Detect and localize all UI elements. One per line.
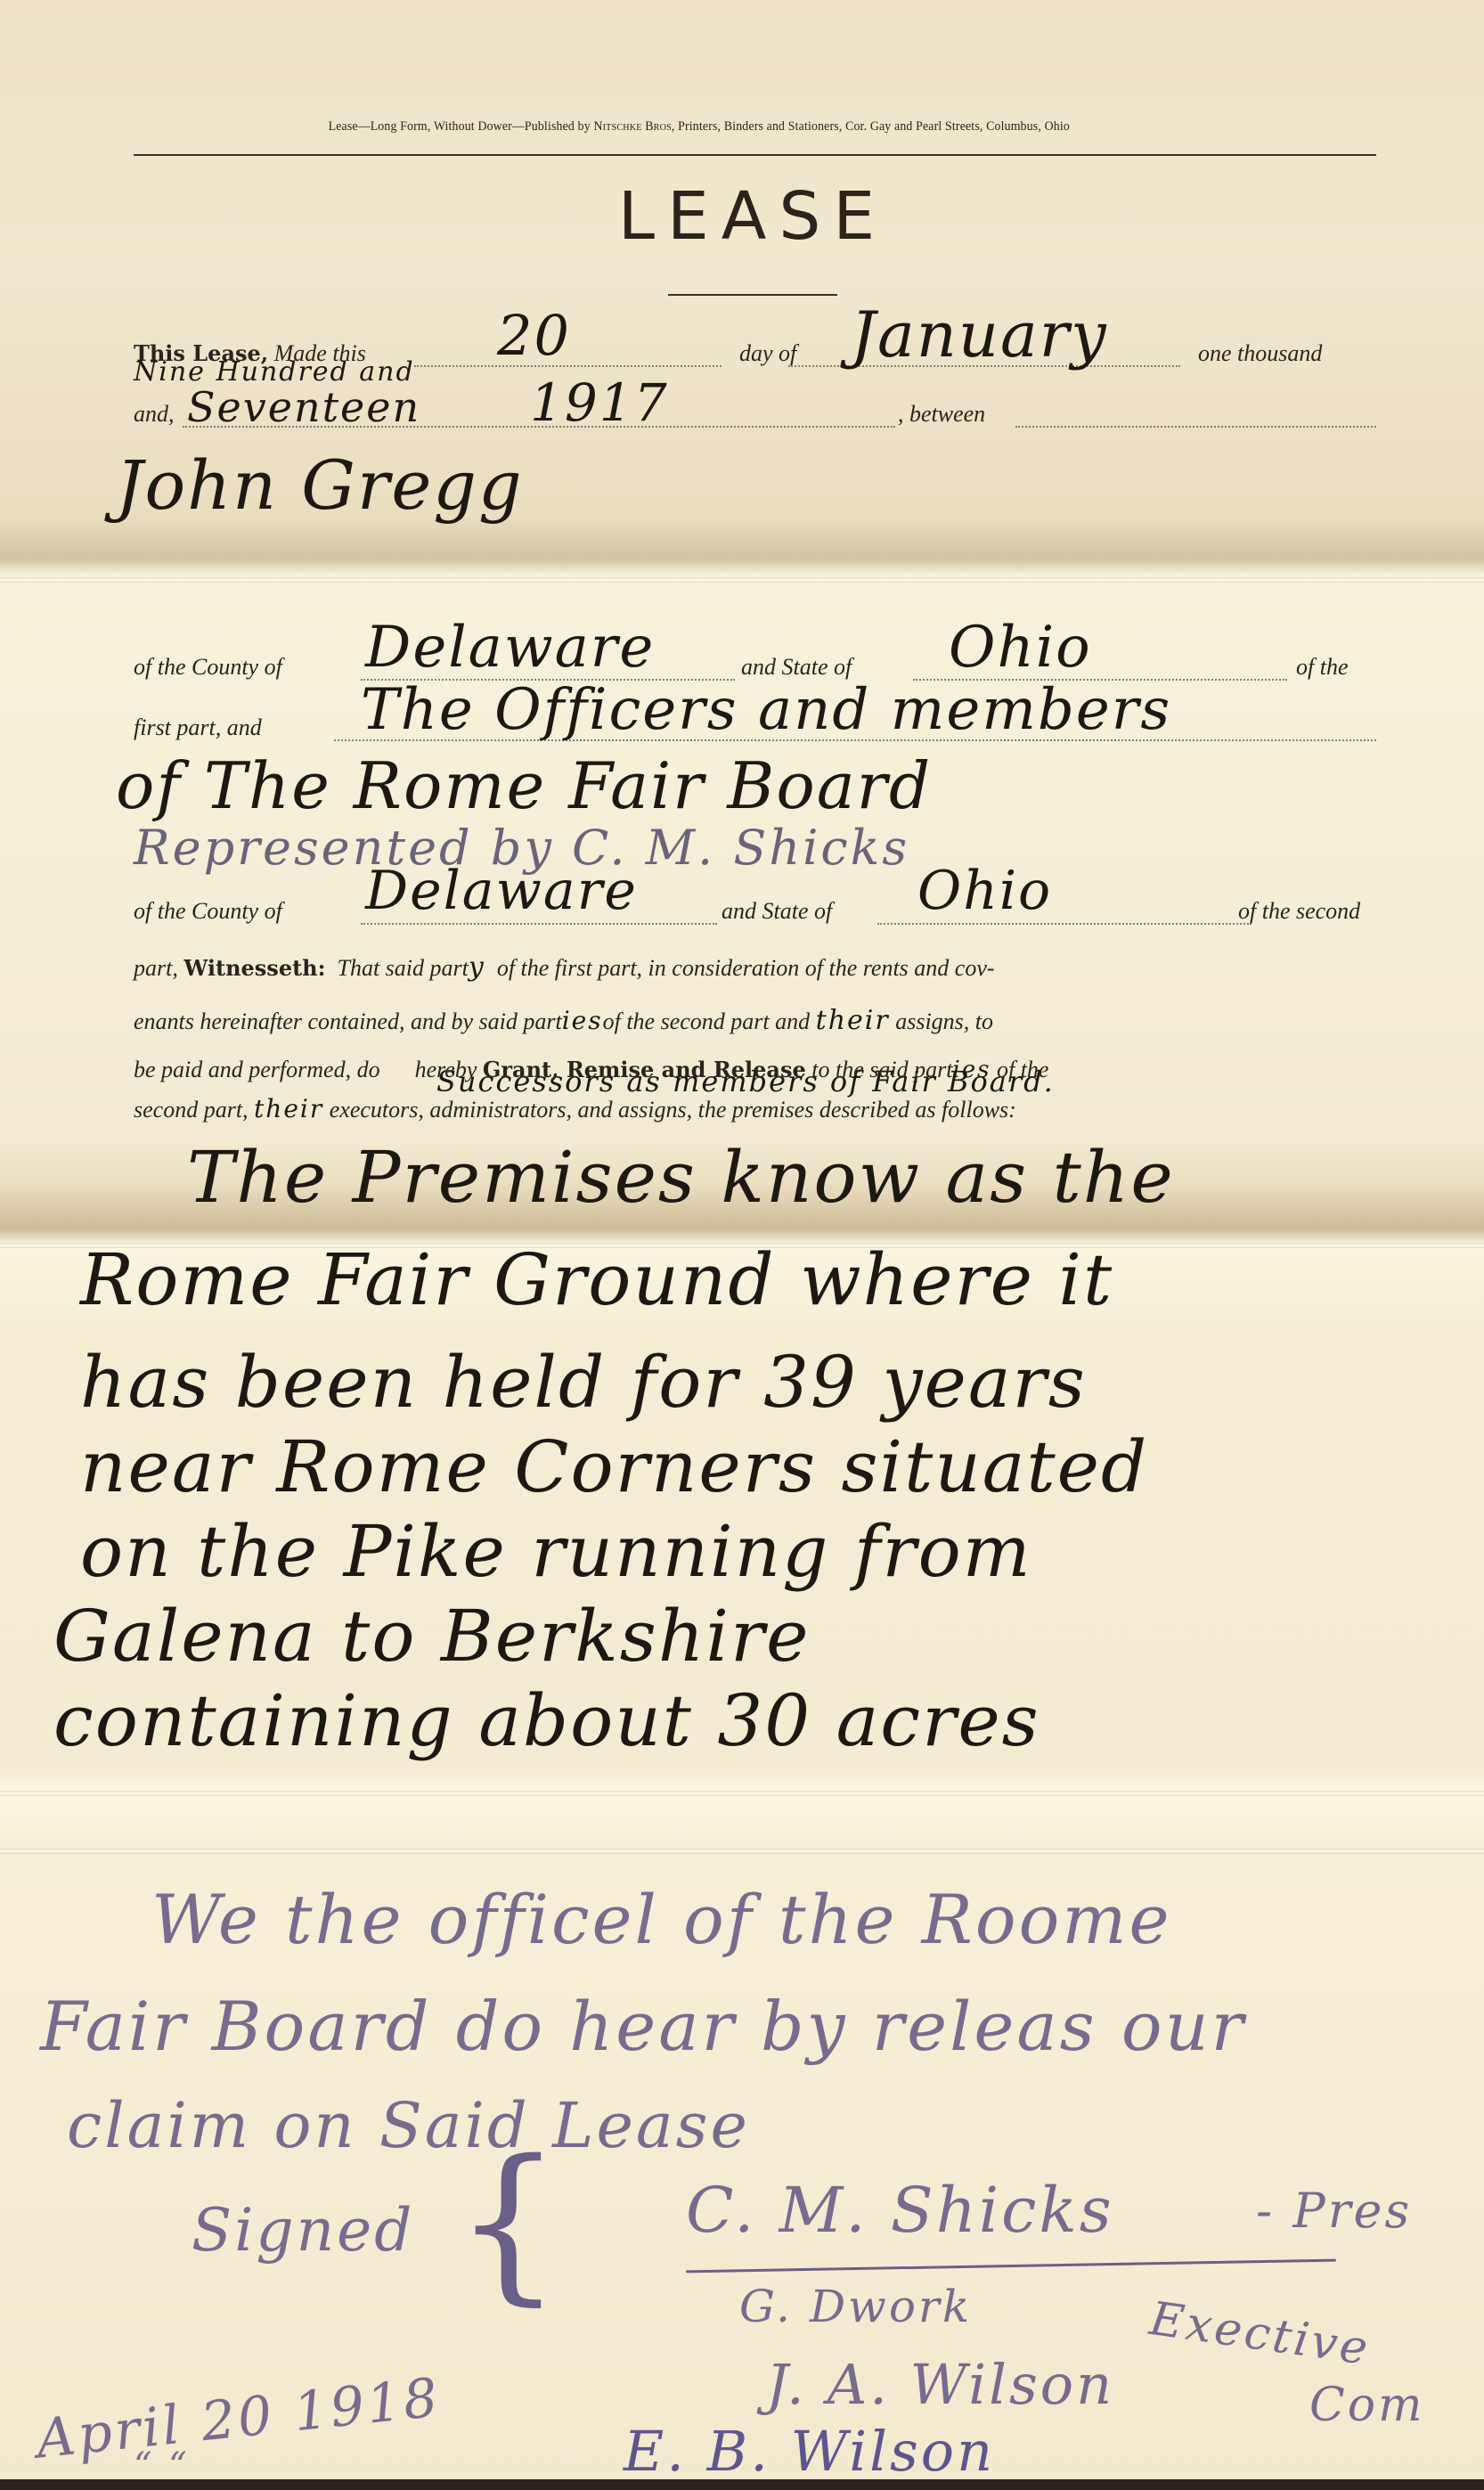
- first-party-name: John Gregg: [116, 445, 524, 525]
- second-party-entry: The Officers and members: [361, 677, 1171, 743]
- state-entry: Ohio: [917, 860, 1052, 922]
- form-line-8: part, Witnesseth: That said party of the…: [134, 951, 995, 983]
- premises-line: The Premises know as the: [187, 1136, 1175, 1219]
- their-fill: their: [254, 1094, 323, 1123]
- fill-line: [877, 923, 1252, 925]
- signature: G. Dwork: [739, 2281, 972, 2332]
- document-title: LEASE: [530, 178, 975, 255]
- premises-line: containing about 30 acres: [53, 1679, 1040, 1762]
- printed-text: of the County of: [134, 898, 282, 925]
- fill-line: [1015, 426, 1376, 428]
- header-rule: [134, 154, 1376, 156]
- party-fill: ies: [952, 1057, 991, 1083]
- signature: J. A. Wilson: [766, 2352, 1114, 2417]
- page-bottom-edge: [0, 2479, 1484, 2490]
- signature: E. B. Wilson: [624, 2419, 995, 2484]
- signature-brace: {: [454, 2138, 562, 2307]
- signed-label: Signed: [192, 2196, 414, 2265]
- fold-line: [0, 1791, 1484, 1796]
- form-line-11: second part, their executors, administra…: [134, 1094, 1016, 1123]
- their-fill: their: [816, 1005, 890, 1036]
- printed-text: of the County of: [134, 654, 282, 681]
- premises-line: on the Pike running from: [80, 1510, 1032, 1593]
- premises-line: near Rome Corners situated: [80, 1425, 1148, 1508]
- publisher-name: Nitschke Bros: [593, 119, 671, 134]
- printed-text: one thousand: [1198, 340, 1322, 367]
- party-fill: y: [469, 951, 485, 983]
- printed-text: assigns, to: [895, 1008, 993, 1034]
- premises-line: Rome Fair Ground where it: [80, 1238, 1113, 1321]
- state-entry: Ohio: [949, 615, 1092, 681]
- year-words-entry: Seventeen: [187, 383, 420, 431]
- second-party-entry-continued: of The Rome Fair Board: [116, 748, 932, 823]
- month-entry: January: [851, 298, 1108, 371]
- printed-text: to the said part: [811, 1057, 952, 1082]
- printed-text: of the: [1296, 654, 1349, 681]
- fold-line: [0, 1849, 1484, 1854]
- county-entry: Delaware: [365, 615, 655, 681]
- printed-text: executors, administrators, and assigns, …: [330, 1097, 1016, 1123]
- printed-witness: Witnesseth:: [183, 955, 325, 981]
- publisher-line: Lease—Long Form, Without Dower—Published…: [134, 119, 1265, 135]
- premises-line: has been held for 39 years: [80, 1341, 1087, 1424]
- form-line-9: enants hereinafter contained, and by sai…: [134, 1005, 993, 1036]
- signature: C. M. Shicks: [686, 2174, 1114, 2247]
- release-line: We the officel of the Roome: [151, 1880, 1171, 1959]
- printed-text: of the second: [1238, 898, 1360, 925]
- fold-line: [0, 577, 1484, 583]
- printed-text: second part,: [134, 1097, 249, 1123]
- signature-title: - Pres: [1256, 2183, 1412, 2239]
- day-entry: 20: [497, 303, 571, 368]
- premises-line: Galena to Berkshire: [53, 1595, 811, 1678]
- printed-text: enants hereinafter contained, and by sai…: [134, 1008, 562, 1034]
- printed-text: of the: [997, 1057, 1049, 1082]
- year-numeral-entry: 1917: [530, 372, 669, 433]
- printed-text: first part, and: [134, 714, 262, 741]
- release-line: Fair Board do hear by releas our: [40, 1987, 1246, 2066]
- publisher-address: , Printers, Binders and Stationers, Cor.…: [672, 119, 1070, 134]
- printed-text: of the first part, in consideration of t…: [497, 955, 995, 981]
- publisher-text: Lease—Long Form, Without Dower—Published…: [329, 119, 594, 134]
- release-line: claim on Said Lease: [67, 2089, 750, 2162]
- printed-text: hereby: [415, 1057, 477, 1082]
- printed-text: part,: [134, 955, 178, 981]
- county-entry: Delaware: [365, 860, 638, 922]
- form-line-10: be paid and performed, do hereby Grant, …: [134, 1057, 1048, 1083]
- fill-line: [361, 923, 717, 925]
- printed-grant: Grant, Remise and Release: [483, 1057, 806, 1082]
- printed-text: day of: [739, 340, 796, 367]
- printed-text: be paid and performed, do: [134, 1057, 380, 1082]
- party-fill: ies: [562, 1006, 603, 1035]
- title-rule: [668, 294, 837, 296]
- printed-text: , between: [898, 401, 985, 428]
- printed-text: and,: [134, 401, 175, 428]
- printed-text: of the second part and: [603, 1008, 811, 1034]
- printed-text: and State of: [722, 898, 832, 925]
- committee-label: Com: [1309, 2379, 1424, 2432]
- printed-text: That said part: [337, 955, 468, 981]
- fold-shadow: [0, 517, 1484, 579]
